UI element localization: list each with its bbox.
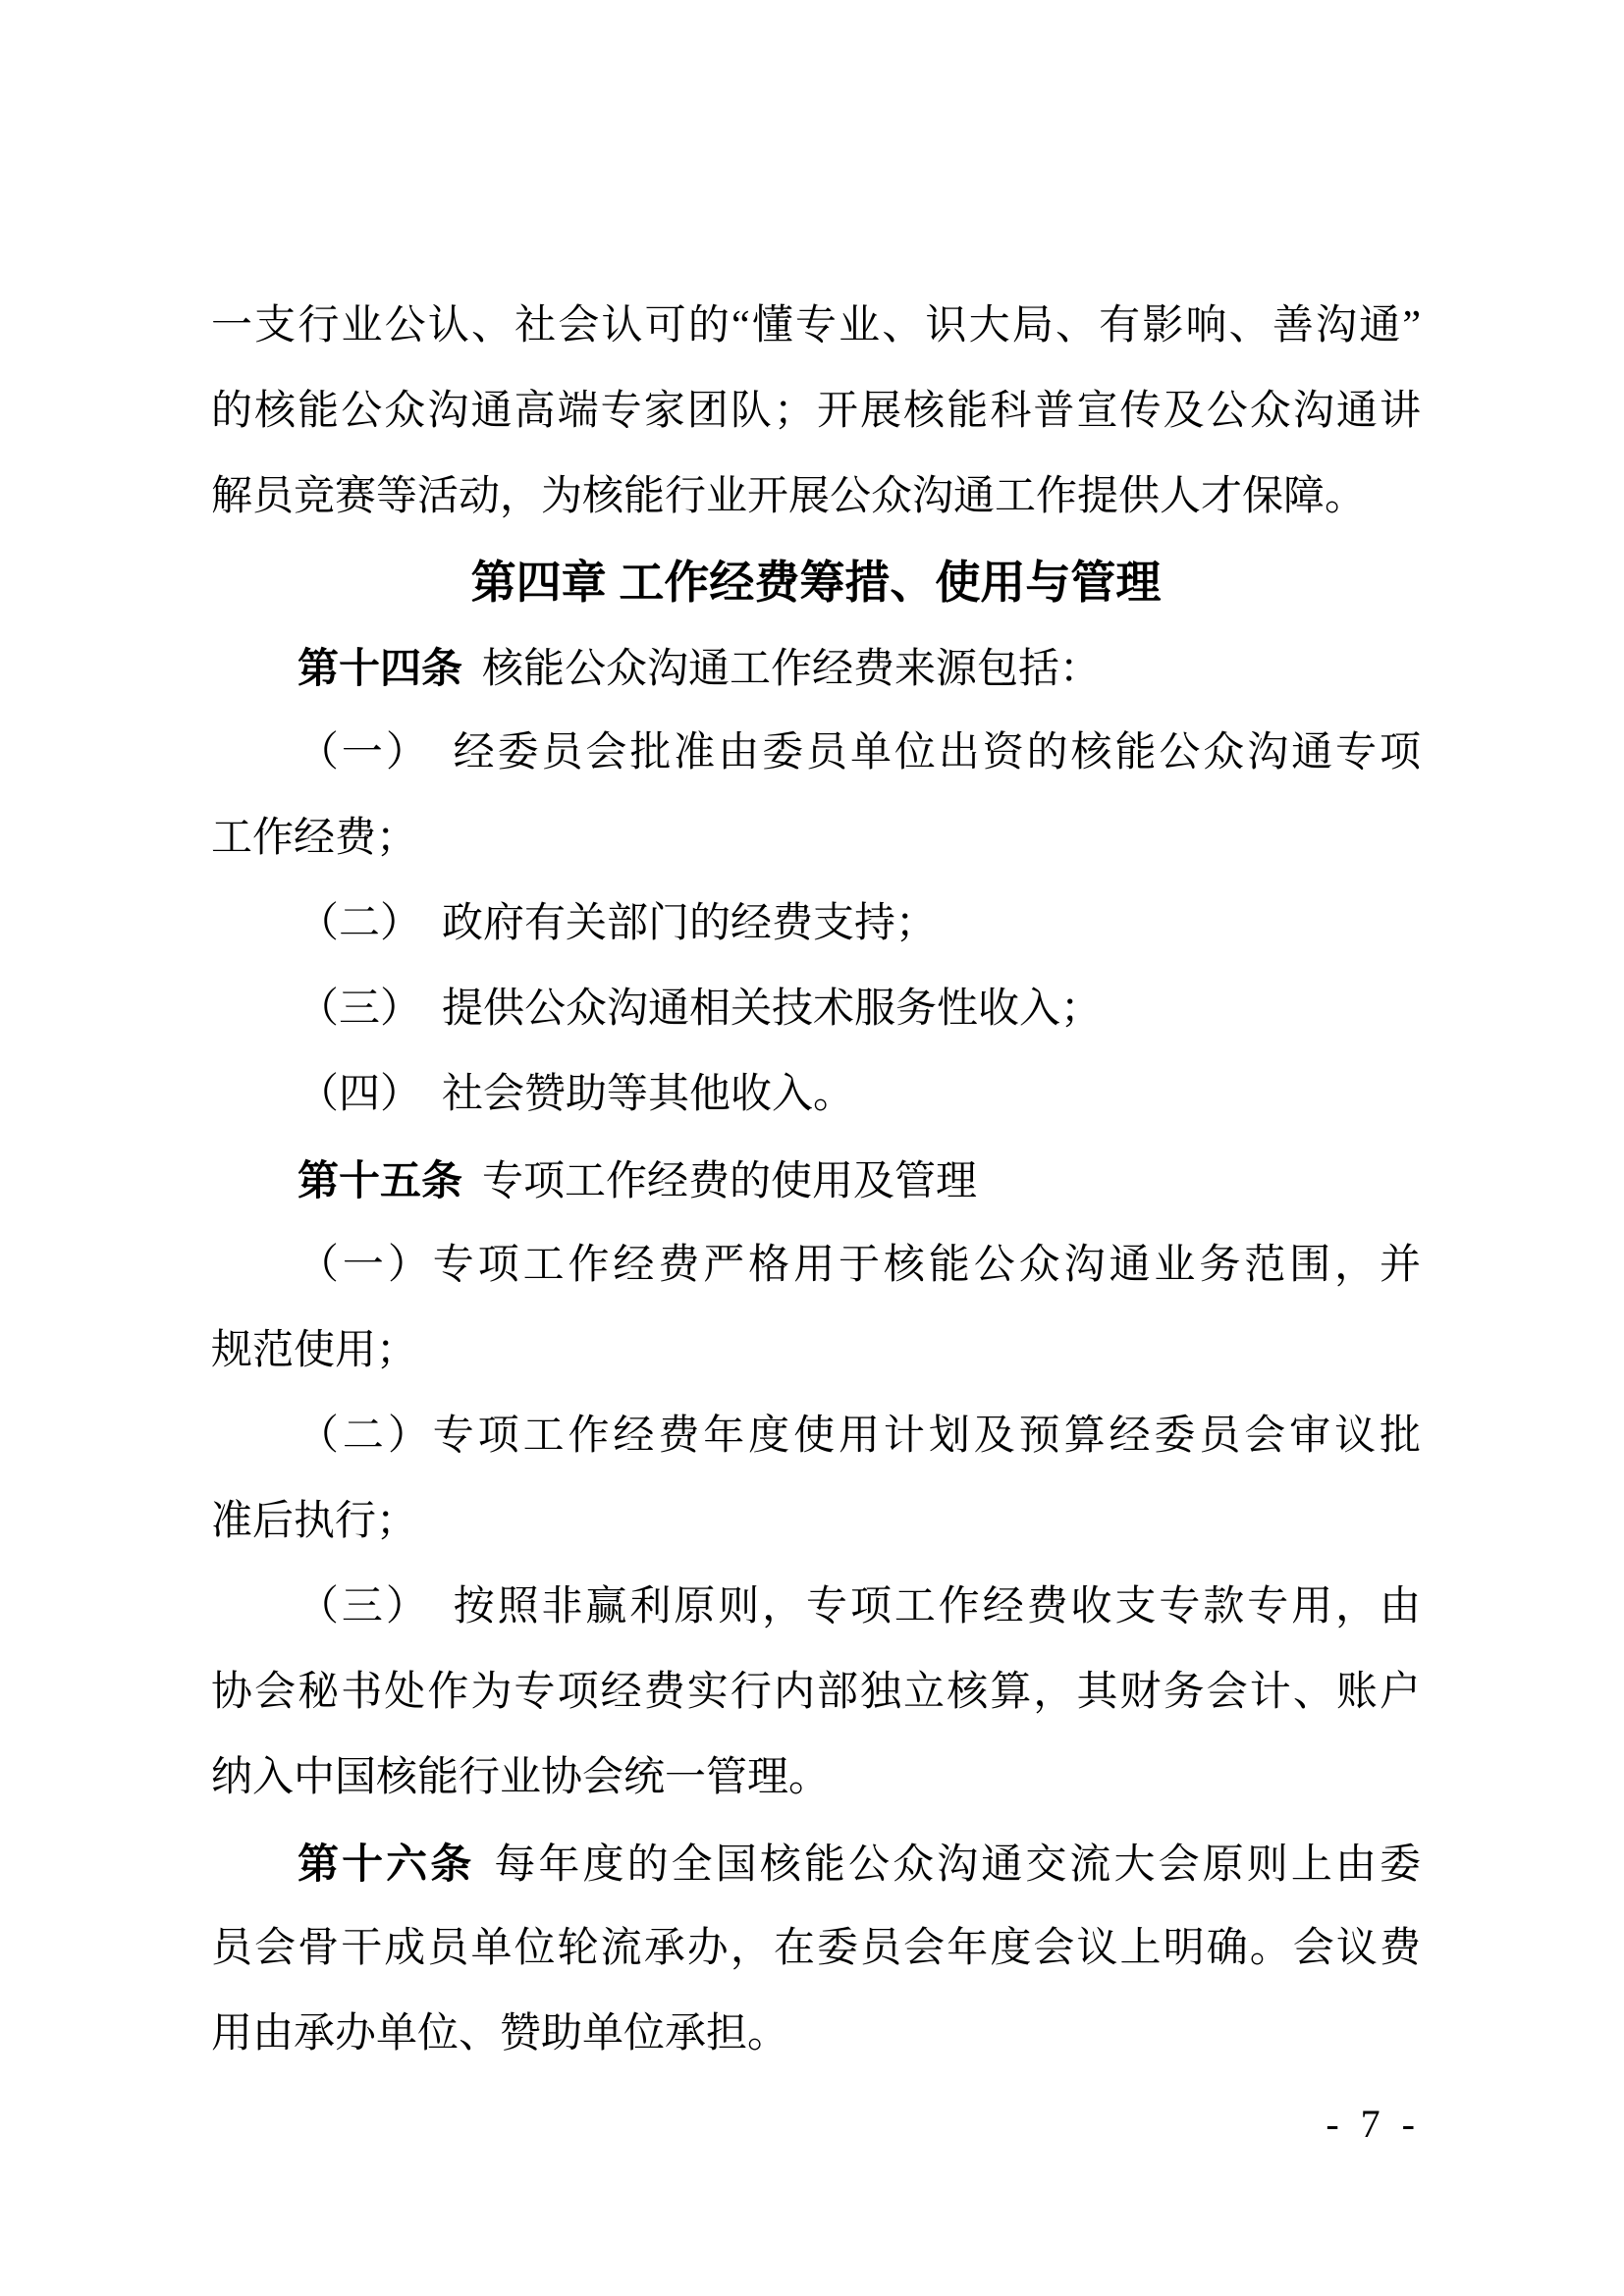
article-14-item-1-line-2: 工作经费； <box>211 796 1421 881</box>
chapter-heading: 第四章 工作经费筹措、使用与管理 <box>211 540 1421 625</box>
article-16-line-2: 员会骨干成员单位轮流承办，在委员会年度会议上明确。会议费 <box>211 1906 1421 1992</box>
article-14-item-2: （二） 政府有关部门的经费支持； <box>211 881 1421 967</box>
article-16-line-1: 第十六条每年度的全国核能公众沟通交流大会原则上由委 <box>211 1821 1421 1906</box>
intro-line-3: 解员竞赛等活动，为核能行业开展公众沟通工作提供人才保障。 <box>211 454 1421 540</box>
article-15-opening-line: 第十五条专项工作经费的使用及管理 <box>211 1138 1421 1223</box>
article-15-opening-text: 专项工作经费的使用及管理 <box>482 1159 977 1204</box>
article-15-item-1-line-1: （一）专项工作经费严格用于核能公众沟通业务范围，并 <box>211 1223 1421 1308</box>
article-14-item-4: （四） 社会赞助等其他收入。 <box>211 1052 1421 1138</box>
article-15-label: 第十五条 <box>298 1157 462 1203</box>
page-number: - 7 - <box>211 2081 1421 2166</box>
article-14-item-1-line-1: （一） 经委员会批准由委员单位出资的核能公众沟通专项 <box>211 711 1421 796</box>
article-15-item-2-line-1: （二）专项工作经费年度使用计划及预算经委员会审议批 <box>211 1394 1421 1479</box>
article-14-item-3: （三） 提供公众沟通相关技术服务性收入； <box>211 967 1421 1052</box>
article-14-label: 第十四条 <box>298 645 462 691</box>
article-15-item-2-line-2: 准后执行； <box>211 1479 1421 1565</box>
article-14-opening-line: 第十四条核能公众沟通工作经费来源包括： <box>211 625 1421 711</box>
intro-line-2: 的核能公众沟通高端专家团队；开展核能科普宣传及公众沟通讲 <box>211 369 1421 454</box>
article-16-line-3: 用由承办单位、赞助单位承担。 <box>211 1992 1421 2077</box>
article-16-label: 第十六条 <box>298 1841 474 1887</box>
article-15-item-3-line-1: （三） 按照非赢利原则，专项工作经费收支专款专用，由 <box>211 1565 1421 1650</box>
article-15-item-3-line-3: 纳入中国核能行业协会统一管理。 <box>211 1735 1421 1821</box>
article-16-line-1-text: 每年度的全国核能公众沟通交流大会原则上由委 <box>494 1842 1421 1888</box>
article-14-opening-text: 核能公众沟通工作经费来源包括： <box>482 647 1101 692</box>
document-page: 一支行业公认、社会认可的“懂专业、识大局、有影响、善沟通” 的核能公众沟通高端专… <box>0 0 1624 2296</box>
article-15-item-1-line-2: 规范使用； <box>211 1308 1421 1394</box>
document-body: 一支行业公认、社会认可的“懂专业、识大局、有影响、善沟通” 的核能公众沟通高端专… <box>211 284 1421 2077</box>
intro-line-1: 一支行业公认、社会认可的“懂专业、识大局、有影响、善沟通” <box>211 284 1421 369</box>
article-15-item-3-line-2: 协会秘书处作为专项经费实行内部独立核算，其财务会计、账户 <box>211 1650 1421 1735</box>
